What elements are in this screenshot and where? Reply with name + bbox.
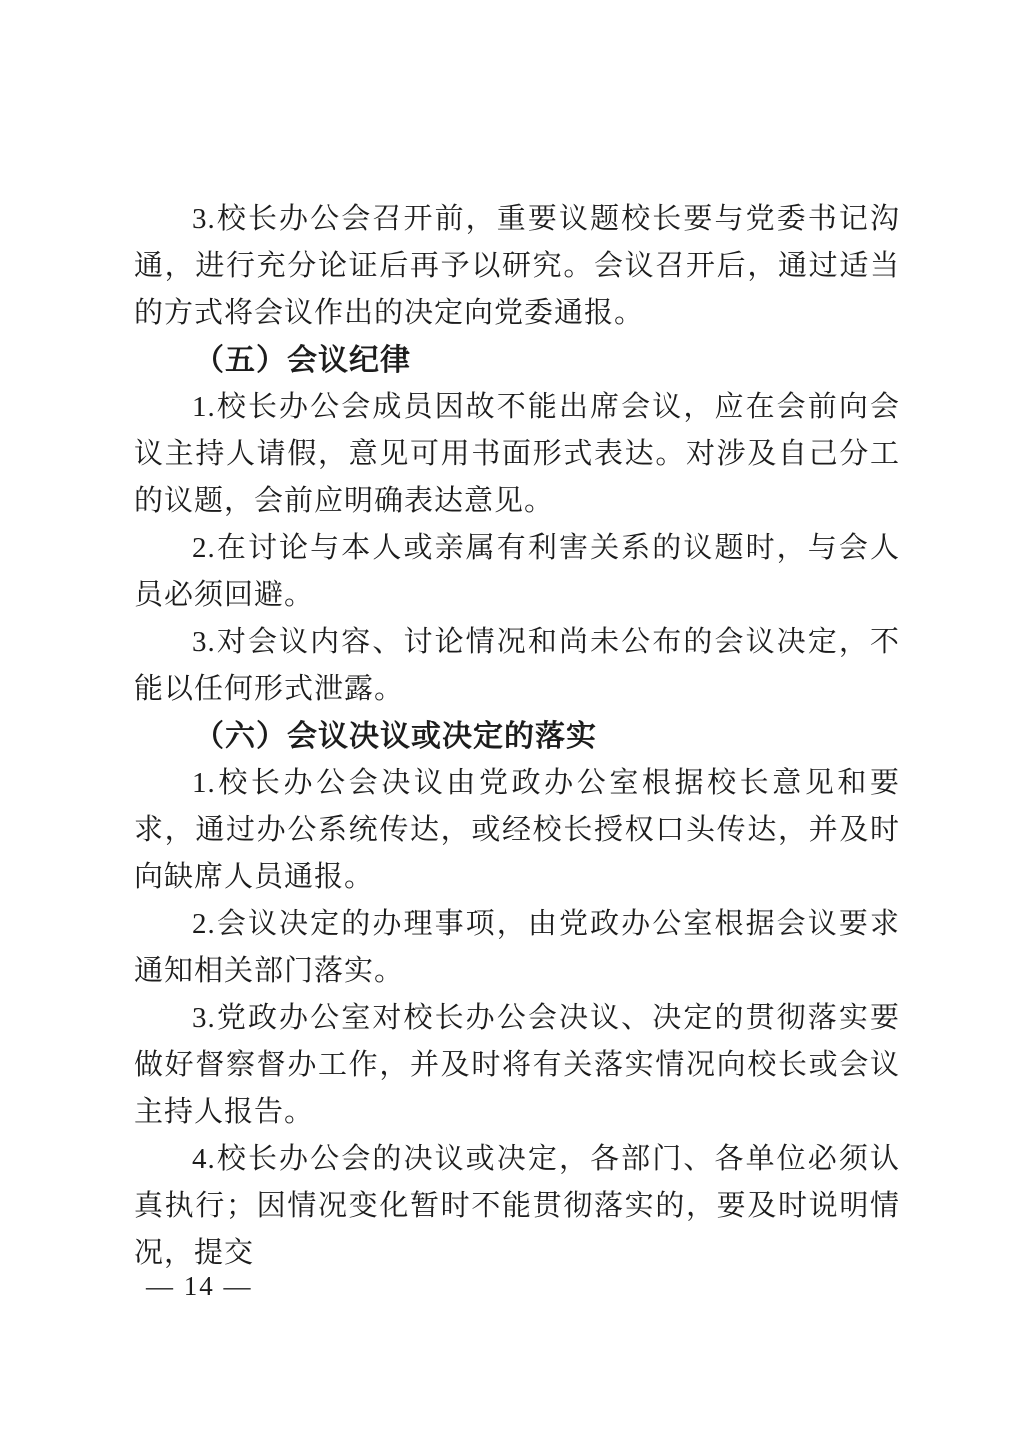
paragraph: 1.校长办公会决议由党政办公室根据校长意见和要求，通过办公系统传达，或经校长授权…	[134, 760, 900, 901]
paragraph: 3.党政办公室对校长办公会决议、决定的贯彻落实要做好督察督办工作，并及时将有关落…	[134, 995, 900, 1136]
paragraph: 3.校长办公会召开前，重要议题校长要与党委书记沟通，进行充分论证后再予以研究。会…	[134, 196, 900, 337]
page-number: — 14 —	[146, 1270, 253, 1302]
section-heading: （六）会议决议或决定的落实	[134, 713, 900, 760]
paragraph: 2.在讨论与本人或亲属有利害关系的议题时，与会人员必须回避。	[134, 525, 900, 619]
document-page: 3.校长办公会召开前，重要议题校长要与党委书记沟通，进行充分论证后再予以研究。会…	[0, 0, 1024, 1448]
paragraph: 4.校长办公会的决议或决定，各部门、各单位必须认真执行；因情况变化暂时不能贯彻落…	[134, 1136, 900, 1277]
section-heading: （五）会议纪律	[134, 337, 900, 384]
paragraph: 1.校长办公会成员因故不能出席会议，应在会前向会议主持人请假，意见可用书面形式表…	[134, 384, 900, 525]
paragraph: 3.对会议内容、讨论情况和尚未公布的会议决定，不能以任何形式泄露。	[134, 619, 900, 713]
page-body-text: 3.校长办公会召开前，重要议题校长要与党委书记沟通，进行充分论证后再予以研究。会…	[134, 196, 900, 1277]
paragraph: 2.会议决定的办理事项，由党政办公室根据会议要求通知相关部门落实。	[134, 901, 900, 995]
